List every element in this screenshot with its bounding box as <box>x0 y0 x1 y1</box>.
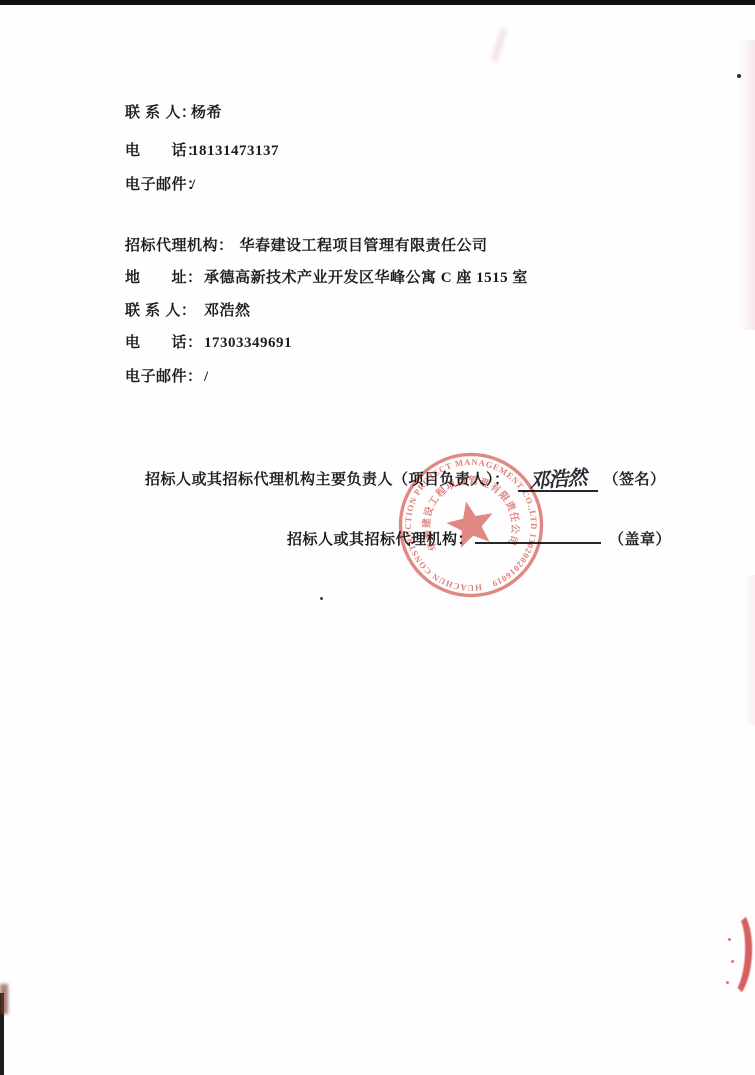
agency-phone-label: 电 话： <box>125 331 204 352</box>
stamp-speck <box>731 960 734 963</box>
stamp-speck <box>726 981 729 984</box>
email-label: 电子邮件： <box>125 173 191 194</box>
phone-label: 电 话： <box>125 139 191 160</box>
star-icon <box>443 497 498 550</box>
scan-pink-wash <box>743 575 755 725</box>
agency-email-value: / <box>204 369 209 386</box>
agency-address-value: 承德高新技术产业开发区华峰公寓 C 座 1515 室 <box>204 266 528 287</box>
agency-name-value: 华春建设工程项目管理有限责任公司 <box>240 234 488 255</box>
scan-edge-top <box>0 0 755 5</box>
email-line: 电子邮件： / <box>125 173 196 194</box>
company-seal: HUACHUN CONSTRUCTION PROJECT MANAGEMENT … <box>396 450 546 600</box>
contact-person-line: 联 系 人： 杨希 <box>125 101 222 122</box>
phone-line: 电 话： 18131473137 <box>125 139 279 160</box>
agency-email-label: 电子邮件： <box>125 365 204 386</box>
agency-email-line: 电子邮件： / <box>125 365 209 386</box>
agency-phone-line: 电 话： 17303349691 <box>125 331 292 352</box>
stamp-speck <box>728 938 731 941</box>
contact-person-label: 联 系 人： <box>125 101 191 122</box>
agency-contact-label: 联 系 人： <box>125 299 204 320</box>
stamp-suffix: （盖章） <box>609 528 671 549</box>
scan-pink-streak <box>491 28 507 62</box>
scan-speck <box>737 74 741 78</box>
scan-smudge <box>0 984 8 1014</box>
scan-speck <box>320 597 323 600</box>
agency-name-line: 招标代理机构： 华春建设工程项目管理有限责任公司 <box>125 234 488 255</box>
phone-value: 18131473137 <box>191 143 279 160</box>
signature-suffix: （签名） <box>604 468 666 489</box>
agency-address-label: 地 址： <box>125 266 204 287</box>
partial-stamp-crescent <box>712 907 755 1001</box>
agency-name-label: 招标代理机构： <box>125 234 234 255</box>
email-value: / <box>191 177 196 194</box>
agency-contact-line: 联 系 人： 邓浩然 <box>125 299 251 320</box>
scan-pink-wash <box>739 40 755 330</box>
agency-address-line: 地 址： 承德高新技术产业开发区华峰公寓 C 座 1515 室 <box>125 266 528 287</box>
scanned-document-page: 联 系 人： 杨希 电 话： 18131473137 电子邮件： / 招标代理机… <box>0 0 755 1075</box>
contact-person-value: 杨希 <box>191 101 222 122</box>
agency-contact-value: 邓浩然 <box>204 299 251 320</box>
agency-phone-value: 17303349691 <box>204 335 292 352</box>
